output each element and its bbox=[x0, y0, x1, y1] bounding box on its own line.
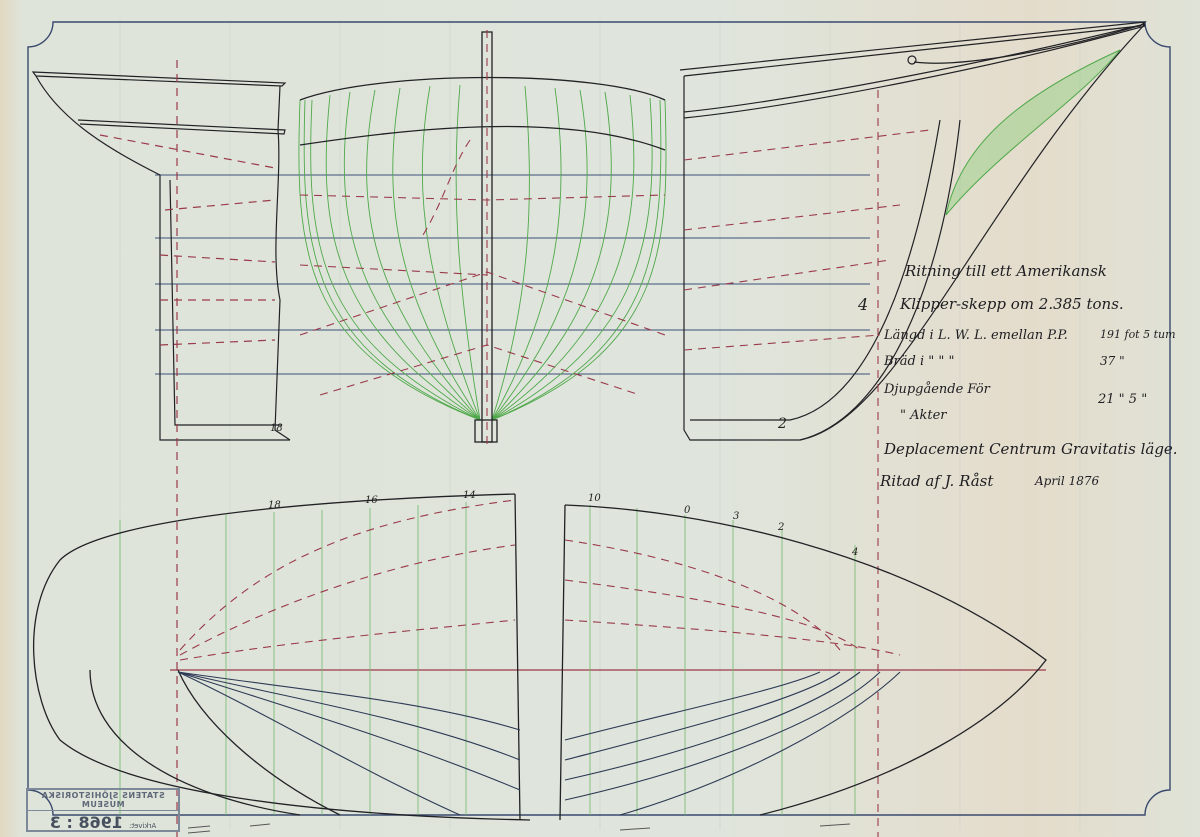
station-label: 10 bbox=[588, 493, 601, 504]
spec-displacement-cg: Deplacement Centrum Gravitatis läge. bbox=[884, 440, 1178, 458]
ship-lines-plan bbox=[0, 0, 1200, 837]
station-label: 2 bbox=[778, 416, 787, 432]
drawing-title-line-2: Klipper-skepp om 2.385 tons. bbox=[900, 295, 1124, 313]
body-plan-outline bbox=[300, 32, 665, 442]
stern-profile bbox=[33, 72, 290, 440]
station-label: 3 bbox=[733, 511, 739, 522]
figurehead-scroll-ornament bbox=[946, 50, 1120, 215]
spec-breadth-label: Bräd i " " " bbox=[884, 354, 954, 369]
plan-waterlines bbox=[178, 672, 900, 815]
spec-draft-value: 21 " 5 " bbox=[1098, 392, 1147, 407]
stamp-museum-name: STATENS SJÖHISTORISKA MUSEUM bbox=[28, 790, 178, 811]
drawing-title-line-1: Ritning till ett Amerikansk bbox=[905, 262, 1107, 280]
spec-draft-fore-label: Djupgående För bbox=[884, 382, 990, 397]
spec-draft-aft-label: " Akter bbox=[900, 408, 947, 423]
station-label: 2 bbox=[778, 522, 784, 533]
station-label: 4 bbox=[858, 295, 868, 314]
station-label: 16 bbox=[365, 495, 378, 506]
stern-diagonals bbox=[100, 60, 275, 837]
plan-diagonals bbox=[180, 500, 900, 660]
station-label: 4 bbox=[852, 547, 858, 558]
bow-diagonals bbox=[684, 90, 930, 837]
station-label: 0 bbox=[684, 505, 690, 516]
spec-length-value: 191 fot 5 tum bbox=[1100, 328, 1176, 341]
drawing-date: April 1876 bbox=[1035, 474, 1099, 488]
plan-outline bbox=[34, 494, 1046, 820]
spec-length-label: Längd i L. W. L. emellan P.P. bbox=[884, 328, 1068, 343]
drawn-by-signature: Ritad af J. Råst bbox=[880, 472, 993, 490]
station-label: 18 bbox=[270, 423, 283, 434]
stamp-archive-number: Arkivet:1968 : 3 bbox=[28, 811, 178, 832]
ship-drawing-sheet: 18 16 14 10 0 3 2 4 18 2 4 Ritning till … bbox=[0, 0, 1200, 837]
stamp-archive-label: Arkivet: bbox=[129, 822, 156, 830]
spec-breadth-value: 37 " bbox=[1100, 354, 1125, 368]
station-label: 18 bbox=[268, 500, 281, 511]
station-label: 14 bbox=[463, 490, 476, 501]
museum-archive-stamp: STATENS SJÖHISTORISKA MUSEUM Arkivet:196… bbox=[26, 788, 180, 832]
bottom-marks bbox=[188, 824, 850, 833]
